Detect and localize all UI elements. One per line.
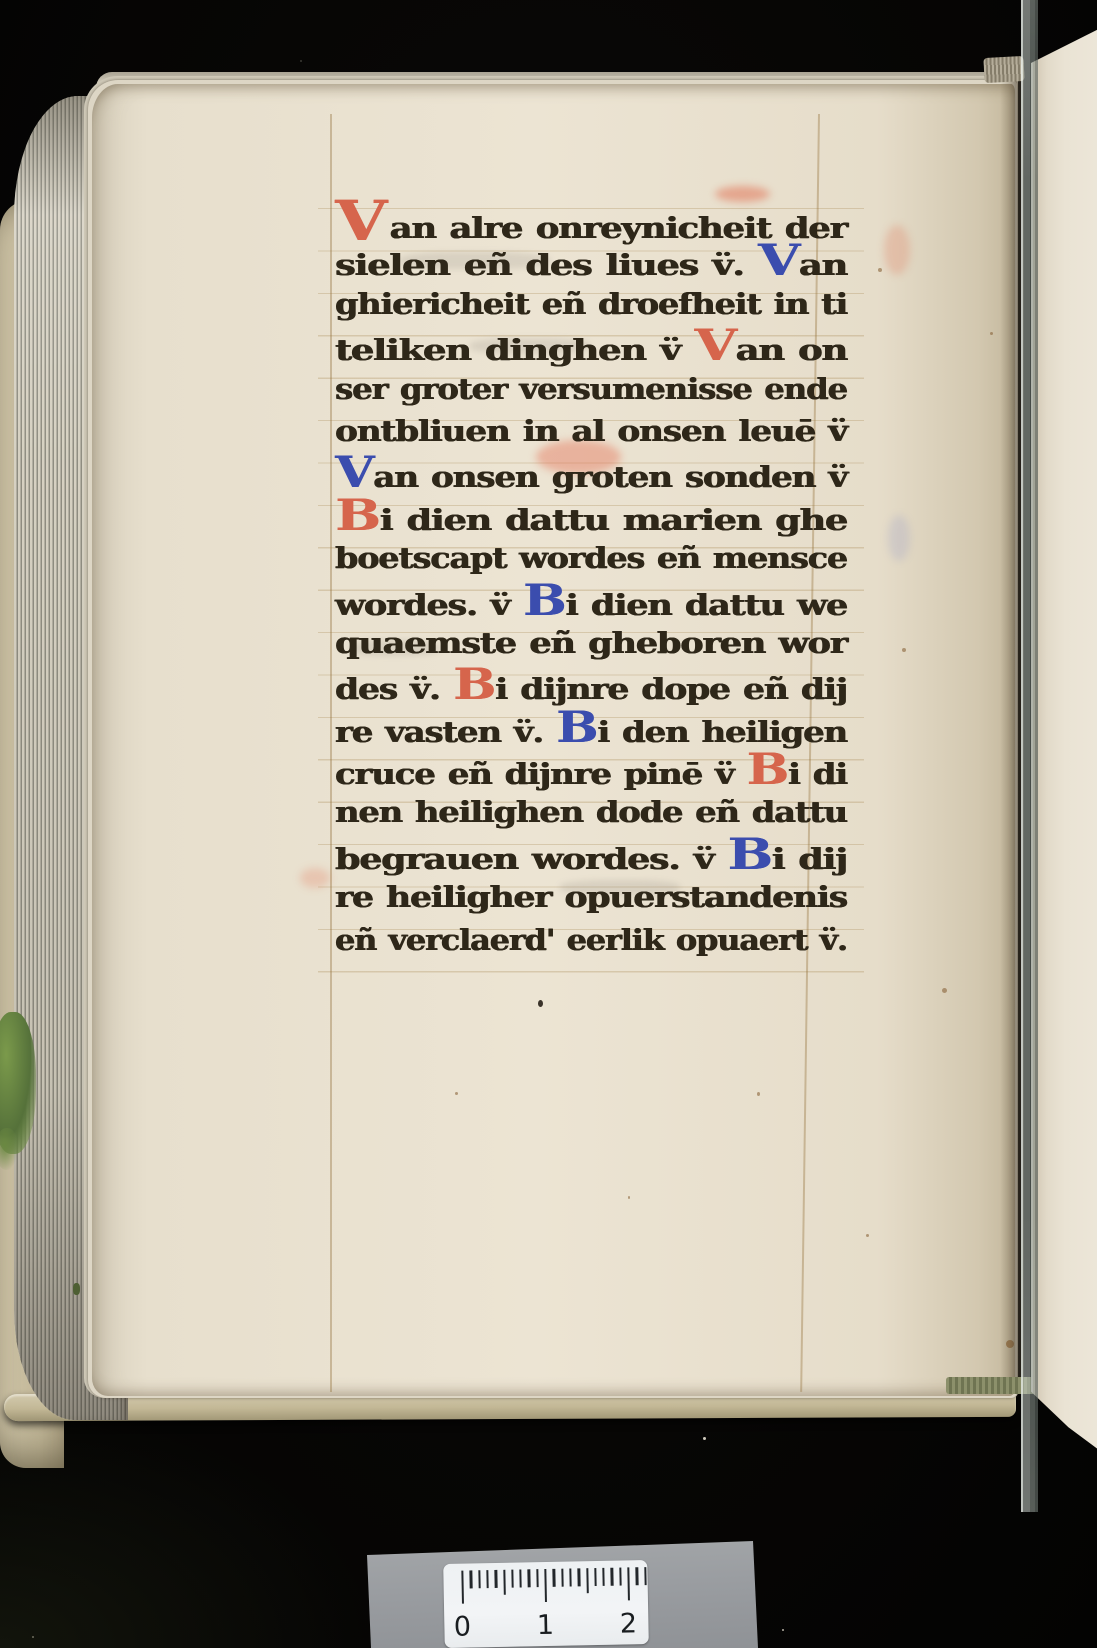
ruler-tick-8mm (528, 1569, 531, 1587)
text-segment: nen heilighen dode eñ dattu (335, 795, 847, 829)
manuscript-line: cruce eñ dijnre pinē v̈ Bi di (335, 749, 847, 791)
manuscript-line-text: teliken dinghen v̈ Van on (335, 325, 847, 371)
manuscript-line: teliken dinghen v̈ Van on (335, 325, 847, 367)
green-moss-speck (73, 1283, 80, 1295)
manuscript-line-text: quaemste eñ gheboren wor (335, 622, 847, 664)
manuscript-line: sielen eñ des liues v̈. Van (335, 240, 847, 282)
foxing-spot (942, 988, 947, 993)
manuscript-line: re heiligher opuerstandenis (335, 876, 847, 918)
foxing-spot (902, 648, 906, 652)
ruler-tick-0mm (461, 1571, 464, 1604)
manuscript-line-text: ser groter versumenisse ende (335, 368, 847, 410)
text-segment: wordes. v̈ (335, 588, 523, 622)
text-segment: eñ verclaerd' eerlik opuaert v̈. (335, 923, 847, 957)
manuscript-line-text: Bi dien dattu marien ghe (335, 495, 847, 541)
manuscript-line: re vasten v̈. Bi den heiligen (335, 707, 847, 749)
blue-pigment-smudge (888, 515, 910, 561)
manuscript-line: Van onsen groten sonden v̈ (335, 452, 847, 494)
ruler-tick-14mm (578, 1568, 581, 1586)
illuminated-initial: B (556, 703, 597, 753)
text-segment: quaemste eñ gheboren wor (335, 626, 847, 660)
text-segment: i di (788, 757, 847, 791)
text-segment: i dien dattu we (565, 588, 847, 622)
foxing-spot (866, 1234, 869, 1237)
manuscript-line: ontbliuen in al onsen leuē v̈ (335, 410, 847, 452)
ruler-number-2: 2 (615, 1609, 642, 1639)
illuminated-initial: B (335, 491, 380, 541)
ruler-tick-6mm (511, 1570, 514, 1588)
ruler-tick-10mm (544, 1569, 547, 1602)
ruler-tick-18mm (611, 1568, 614, 1586)
manuscript-line-text: re heiligher opuerstandenis (335, 876, 847, 918)
text-segment: begrauen wordes. v̈ (335, 842, 727, 876)
manuscript-line: des v̈. Bi dijnre dope eñ dij (335, 664, 847, 706)
manuscript-line-text: sielen eñ des liues v̈. Van (335, 240, 847, 286)
ruler-tick-12mm (561, 1569, 564, 1587)
manuscript-text-block: Van alre onreynicheit dersielen eñ des l… (335, 198, 847, 961)
red-pigment-smudge (884, 225, 910, 275)
ruler-tick-15mm (586, 1568, 589, 1593)
manuscript-line: ser groter versumenisse ende (335, 368, 847, 410)
text-segment: i dien dattu marien ghe (380, 503, 847, 537)
text-segment: an on (736, 333, 847, 367)
foxing-spot (757, 1092, 760, 1096)
ruler-number-1: 1 (532, 1611, 559, 1641)
manuscript-line: quaemste eñ gheboren wor (335, 622, 847, 664)
ruler-tick-4mm (495, 1570, 498, 1588)
ruler-ticks: 012 (461, 1567, 648, 1611)
dust-speck (703, 1437, 706, 1440)
ruler-tick-1mm (470, 1570, 473, 1588)
glass-plate-edge (1021, 0, 1038, 1512)
foxing-spot (455, 1092, 458, 1095)
manuscript-line: Van alre onreynicheit der (335, 198, 847, 240)
manuscript-line: wordes. v̈ Bi dien dattu we (335, 580, 847, 622)
ruler-tick-11mm (553, 1569, 556, 1587)
stray-ink-dot: . (538, 1000, 543, 1007)
ruler-tick-22mm (644, 1567, 647, 1585)
manuscript-line-text: nen heilighen dode eñ dattu (335, 791, 847, 833)
manuscript-photo-scene: Van alre onreynicheit dersielen eñ des l… (0, 0, 1097, 1648)
illuminated-initial: B (747, 745, 788, 795)
manuscript-line-text: begrauen wordes. v̈ Bi dij (335, 834, 847, 880)
ruler-tick-7mm (519, 1569, 522, 1587)
manuscript-line: begrauen wordes. v̈ Bi dij (335, 834, 847, 876)
manuscript-line-text: ontbliuen in al onsen leuē v̈ (335, 410, 847, 452)
facing-page-recto (1031, 26, 1097, 1450)
foxing-spot (878, 268, 882, 272)
text-segment: cruce eñ dijnre pinē v̈ (335, 757, 747, 791)
ruler-tick-17mm (602, 1568, 605, 1586)
ruler-tick-5mm (503, 1570, 506, 1595)
illuminated-initial: B (727, 830, 771, 880)
text-segment: boetscapt wordes eñ mensce (335, 541, 847, 575)
ruled-column-line-left (330, 114, 332, 1392)
text-segment: ontbliuen in al onsen leuē v̈ (335, 414, 847, 448)
ruler-number-0: 0 (449, 1612, 476, 1642)
manuscript-line: boetscapt wordes eñ mensce (335, 537, 847, 579)
manuscript-line-text: Van onsen groten sonden v̈ (335, 452, 847, 498)
manuscript-line-text: ghiericheit eñ droefheit in ti (335, 283, 847, 325)
ruler-tick-16mm (594, 1568, 597, 1586)
ruler-tick-19mm (619, 1568, 622, 1586)
cm-scale-ruler: 012 (443, 1560, 649, 1648)
ruler-tick-13mm (569, 1569, 572, 1587)
text-segment: ghiericheit eñ droefheit in ti (335, 287, 847, 321)
illuminated-initial: V (694, 321, 735, 371)
manuscript-line-text: wordes. v̈ Bi dien dattu we (335, 580, 847, 626)
manuscript-line: nen heilighen dode eñ dattu (335, 791, 847, 833)
text-segment: teliken dinghen v̈ (335, 333, 694, 367)
text-segment: i dij (772, 842, 847, 876)
manuscript-line: eñ verclaerd' eerlik opuaert v̈. (335, 919, 847, 961)
ruler-tick-20mm (627, 1567, 630, 1600)
ruler-tick-2mm (478, 1570, 481, 1588)
dust-speck (300, 60, 302, 62)
text-segment: an (799, 248, 847, 282)
ruler-tick-21mm (636, 1567, 639, 1585)
illuminated-initial: B (523, 576, 566, 626)
text-segment: ser groter versumenisse ende (335, 372, 847, 406)
ruler-tick-9mm (536, 1569, 539, 1587)
manuscript-line: Bi dien dattu marien ghe (335, 495, 847, 537)
text-segment: an onsen groten sonden v̈ (373, 460, 847, 494)
text-segment: i dijnre dope eñ dij (495, 672, 847, 706)
manuscript-line-text: boetscapt wordes eñ mensce (335, 537, 847, 579)
text-segment: des v̈. (335, 672, 453, 706)
illuminated-initial: B (453, 660, 495, 710)
foxing-spot (628, 1196, 630, 1199)
foxing-spot (990, 332, 993, 335)
manuscript-line: ghiericheit eñ droefheit in ti (335, 283, 847, 325)
ruler-tick-3mm (486, 1570, 489, 1588)
manuscript-line-text: cruce eñ dijnre pinē v̈ Bi di (335, 749, 847, 795)
text-segment: re heiligher opuerstandenis (335, 880, 847, 914)
dust-speck (32, 1636, 34, 1638)
dust-speck (782, 1629, 784, 1631)
leaf-top-edges (983, 56, 1024, 83)
red-pigment-smudge (300, 868, 330, 888)
manuscript-line-text: eñ verclaerd' eerlik opuaert v̈. (335, 919, 847, 961)
text-segment: sielen eñ des liues v̈. (335, 248, 758, 282)
text-segment: re vasten v̈. (335, 715, 556, 749)
green-moss-patch (0, 1128, 18, 1170)
illuminated-initial: V (758, 236, 799, 286)
text-segment: i den heiligen (597, 715, 847, 749)
